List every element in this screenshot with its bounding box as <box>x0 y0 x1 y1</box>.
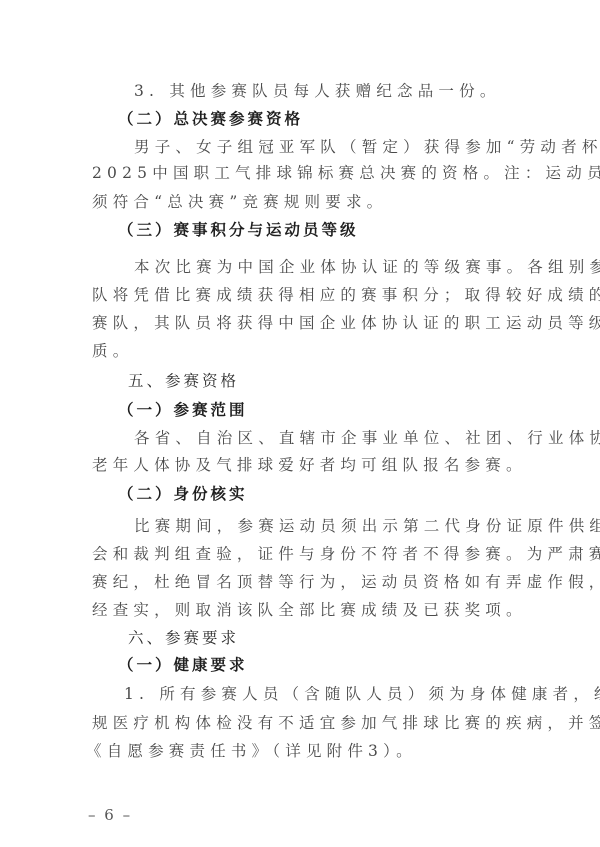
section-heading-requirements: 六、参赛要求 <box>128 628 558 648</box>
paragraph-identity-line: 经查实，则取消该队全部比赛成绩及已获奖项。 <box>92 600 522 620</box>
subheading-finals-qualification: （二）总决赛参赛资格 <box>118 109 548 129</box>
paragraph-scope-line: 老年人体协及气排球爱好者均可组队报名参赛。 <box>92 455 522 475</box>
paragraph-identity-line: 比赛期间，参赛运动员须出示第二代身份证原件供组委 <box>134 516 564 536</box>
award-item-3: 3. 其他参赛队员每人获赠纪念品一份。 <box>134 81 564 101</box>
paragraph-identity-line: 会和裁判组查验，证件与身份不符者不得参赛。为严肃赛风 <box>92 544 522 564</box>
paragraph-points-line: 队将凭借比赛成绩获得相应的赛事积分；取得较好成绩的参 <box>92 285 522 305</box>
subheading-identity-check: （二）身份核实 <box>118 484 548 504</box>
document-page: 3. 其他参赛队员每人获赠纪念品一份。 （二）总决赛参赛资格 男子、女子组冠亚军… <box>0 0 600 847</box>
page-number: – 6 – <box>88 805 132 825</box>
paragraph-scope-line: 各省、自治区、直辖市企事业单位、社团、行业体协、 <box>134 428 564 448</box>
paragraph-points-line: 本次比赛为中国企业体协认证的等级赛事。各组别参赛 <box>134 257 564 277</box>
paragraph-health-line: 《自愿参赛责任书》（详见附件3）。 <box>86 741 516 761</box>
paragraph-identity-line: 赛纪，杜绝冒名顶替等行为，运动员资格如有弄虚作假，一 <box>92 572 522 592</box>
paragraph-points-line: 赛队，其队员将获得中国企业体协认证的职工运动员等级资 <box>92 313 522 333</box>
paragraph-health-line: 1. 所有参赛人员（含随队人员）须为身体健康者，经正 <box>124 684 554 704</box>
subheading-points-level: （三）赛事积分与运动员等级 <box>118 220 548 240</box>
paragraph-finals-line: 须符合“总决赛”竞赛规则要求。 <box>92 192 522 212</box>
paragraph-points-line: 质。 <box>92 341 522 361</box>
paragraph-finals-line: 2025中国职工气排球锦标赛总决赛的资格。注：运动员年龄 <box>92 163 522 183</box>
subheading-scope: （一）参赛范围 <box>118 400 548 420</box>
paragraph-finals-line: 男子、女子组冠亚军队（暂定）获得参加“劳动者杯” <box>134 137 564 157</box>
subheading-health: （一）健康要求 <box>118 655 548 675</box>
paragraph-health-line: 规医疗机构体检没有不适宜参加气排球比赛的疾病，并签署 <box>92 713 522 733</box>
section-heading-eligibility: 五、参赛资格 <box>128 371 558 391</box>
